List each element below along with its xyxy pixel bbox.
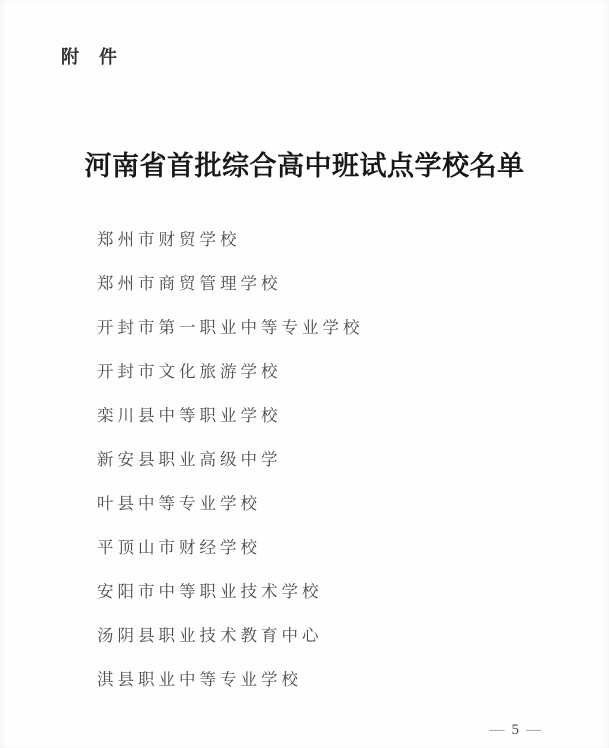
- page-title: 河南省首批综合高中班试点学校名单: [0, 144, 609, 183]
- page-number-dash-left: —: [490, 722, 507, 738]
- page-number-dash-right: —: [526, 722, 543, 738]
- list-item-school: 开封市第一职业中等专业学校: [97, 306, 569, 350]
- document-page: 附 件 河南省首批综合高中班试点学校名单 郑州市财贸学校 郑州市商贸管理学校 开…: [0, 0, 609, 748]
- page-number-value: 5: [507, 722, 527, 738]
- list-item-school: 平顶山市财经学校: [97, 526, 569, 570]
- list-item-school: 新安县职业高级中学: [97, 438, 569, 482]
- attachment-label: 附 件: [61, 43, 118, 69]
- list-item-school: 郑州市商贸管理学校: [97, 262, 569, 306]
- list-item-school: 叶县中等专业学校: [97, 482, 569, 526]
- page-number: —5—: [490, 722, 544, 739]
- list-item-school: 安阳市中等职业技术学校: [97, 570, 569, 614]
- list-item-school: 汤阴县职业技术教育中心: [97, 614, 569, 658]
- list-item-school: 栾川县中等职业学校: [97, 394, 569, 438]
- list-item-school: 开封市文化旅游学校: [97, 350, 569, 394]
- list-item-school: 淇县职业中等专业学校: [97, 658, 569, 702]
- school-list: 郑州市财贸学校 郑州市商贸管理学校 开封市第一职业中等专业学校 开封市文化旅游学…: [97, 218, 569, 702]
- list-item-school: 郑州市财贸学校: [97, 218, 569, 262]
